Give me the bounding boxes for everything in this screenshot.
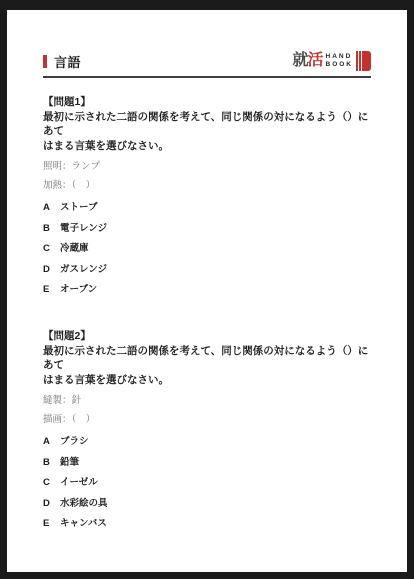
option-letter: D	[43, 498, 60, 510]
option-row: C 冷蔵庫	[43, 243, 371, 255]
page-header: 言語 就活 HAND BOOK	[43, 50, 371, 72]
section-title-wrap: 言語	[43, 52, 81, 71]
red-accent-bar	[43, 55, 47, 68]
option-row: B 鉛筆	[43, 457, 371, 469]
option-letter: C	[43, 477, 60, 489]
question-1-instruction-line-2: はまる言葉を選びなさい。	[43, 139, 371, 154]
brand-logo: 就活 HAND BOOK	[292, 51, 371, 71]
option-letter: D	[43, 264, 60, 276]
option-letter: E	[43, 284, 60, 296]
option-row: E オーブン	[43, 284, 371, 296]
question-1-stimulus: 照明：ランプ 加熱：（ ）	[43, 161, 371, 192]
question-2-label: 【問題2】	[43, 329, 371, 344]
question-1-instruction-line-1: 最初に示された二語の関係を考えて、同じ関係の対になるよう（）にあて	[43, 110, 371, 139]
option-row: A ストーブ	[43, 202, 371, 214]
header-divider	[43, 76, 371, 78]
option-row: E キャンバス	[43, 518, 371, 530]
question-1-label: 【問題1】	[43, 95, 371, 110]
question-1-options: A ストーブ B 電子レンジ C 冷蔵庫 D ガスレンジ E オーブン	[43, 202, 371, 296]
logo-kanji-2: 活	[307, 52, 322, 69]
option-row: D 水彩絵の具	[43, 498, 371, 510]
logo-kanji-1: 就	[292, 52, 307, 69]
document-page: 言語 就活 HAND BOOK 【問題1】 最初に示された二語の関係を考えて、同…	[7, 10, 407, 572]
option-letter: B	[43, 223, 60, 235]
stimulus-pair-blank: 描画：（ ）	[43, 414, 371, 426]
stimulus-pair-given: 縫製：針	[43, 395, 371, 407]
option-letter: C	[43, 243, 60, 255]
logo-kanji: 就活	[292, 52, 322, 70]
option-letter: E	[43, 518, 60, 530]
logo-wordmark: HAND BOOK	[326, 53, 354, 69]
option-letter: B	[43, 457, 60, 469]
logo-word-2: BOOK	[326, 61, 354, 69]
option-text: キャンバス	[60, 518, 107, 530]
option-text: ガスレンジ	[60, 264, 107, 276]
option-text: 冷蔵庫	[60, 243, 89, 255]
option-text: 鉛筆	[60, 457, 79, 469]
option-row: C イーゼル	[43, 477, 371, 489]
option-text: イーゼル	[60, 477, 98, 489]
question-2-options: A ブラシ B 鉛筆 C イーゼル D 水彩絵の具 E キャンバス	[43, 436, 371, 530]
question-2-instruction-line-1: 最初に示された二語の関係を考えて、同じ関係の対になるよう（）にあて	[43, 344, 371, 373]
option-text: ストーブ	[60, 202, 98, 214]
option-row: B 電子レンジ	[43, 223, 371, 235]
option-text: 水彩絵の具	[60, 498, 108, 510]
stimulus-pair-given: 照明：ランプ	[43, 161, 371, 173]
option-letter: A	[43, 436, 60, 448]
question-2-instruction-line-2: はまる言葉を選びなさい。	[43, 373, 371, 388]
option-row: A ブラシ	[43, 436, 371, 448]
book-icon	[356, 51, 371, 71]
option-row: D ガスレンジ	[43, 264, 371, 276]
stimulus-pair-blank: 加熱：（ ）	[43, 180, 371, 192]
option-letter: A	[43, 202, 60, 214]
question-block-1: 【問題1】 最初に示された二語の関係を考えて、同じ関係の対になるよう（）にあて …	[43, 95, 371, 296]
question-2-stimulus: 縫製：針 描画：（ ）	[43, 395, 371, 426]
option-text: オーブン	[60, 284, 97, 296]
question-block-2: 【問題2】 最初に示された二語の関係を考えて、同じ関係の対になるよう（）にあて …	[43, 329, 371, 530]
option-text: ブラシ	[60, 436, 89, 448]
page-title: 言語	[54, 52, 81, 71]
logo-word-1: HAND	[326, 53, 354, 61]
option-text: 電子レンジ	[60, 223, 107, 235]
